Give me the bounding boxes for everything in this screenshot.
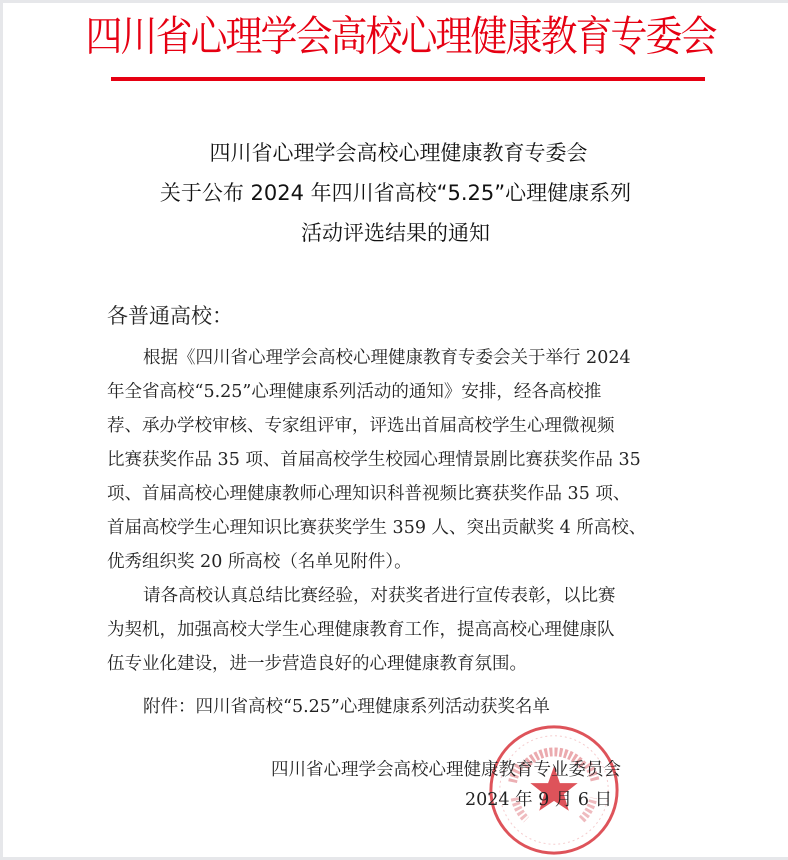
paragraph-2-line: 为契机，加强高校大学生心理健康教育工作，提高高校心理健康队 (107, 613, 707, 647)
notice-title: 四川省心理学会高校心理健康教育专委会 关于公布 2024 年四川省高校“5.25… (3, 133, 788, 253)
masthead-org-name: 四川省心理学会高校心理健康教育专委会 (86, 8, 716, 66)
title-line-3: 活动评选结果的通知 (3, 213, 788, 253)
salutation: 各普通高校： (107, 299, 233, 333)
paragraph-2-line: 伍专业化建设，进一步营造良好的心理健康教育氛围。 (107, 647, 707, 681)
notice-body: 根据《四川省心理学会高校心理健康教育专委会关于举行 2024 年全省高校“5.2… (107, 341, 707, 681)
paragraph-1-line: 首届高校学生心理知识比赛获奖学生 359 人、突出贡献奖 4 所高校、 (107, 511, 707, 545)
attachment-note: 附件：四川省高校“5.25”心理健康系列活动获奖名单 (143, 690, 550, 724)
paragraph-2-line: 请各高校认真总结比赛经验，对获奖者进行宣传表彰，以比赛 (107, 579, 707, 613)
paragraph-1-line: 项、首届高校心理健康教师心理知识科普视频比赛获奖作品 35 项、 (107, 477, 707, 511)
paragraph-1-line: 比赛获奖作品 35 项、首届高校学生校园心理情景剧比赛获奖作品 35 (107, 443, 707, 477)
signature-org: 四川省心理学会高校心理健康教育专业委员会 (271, 755, 621, 785)
paragraph-1-line: 根据《四川省心理学会高校心理健康教育专委会关于举行 2024 (107, 341, 707, 375)
title-line-1: 四川省心理学会高校心理健康教育专委会 (9, 133, 788, 173)
paragraph-1-line: 年全省高校“5.25”心理健康系列活动的通知》安排，经各高校推 (107, 375, 707, 409)
document-page: 四川省心理学会高校心理健康教育专委会 四川省心理学会高校心理健康教育专委会 关于… (3, 3, 788, 857)
signature-date: 2024 年 9 月 6 日 (465, 785, 612, 815)
masthead: 四川省心理学会高校心理健康教育专委会 (3, 8, 788, 66)
title-line-2: 关于公布 2024 年四川省高校“5.25”心理健康系列 (3, 173, 788, 213)
paragraph-1-line: 优秀组织奖 20 所高校（名单见附件）。 (107, 545, 707, 579)
paragraph-1-line: 荐、承办学校审核、专家组评审，评选出首届高校学生心理微视频 (107, 409, 707, 443)
masthead-red-rule (111, 77, 705, 81)
